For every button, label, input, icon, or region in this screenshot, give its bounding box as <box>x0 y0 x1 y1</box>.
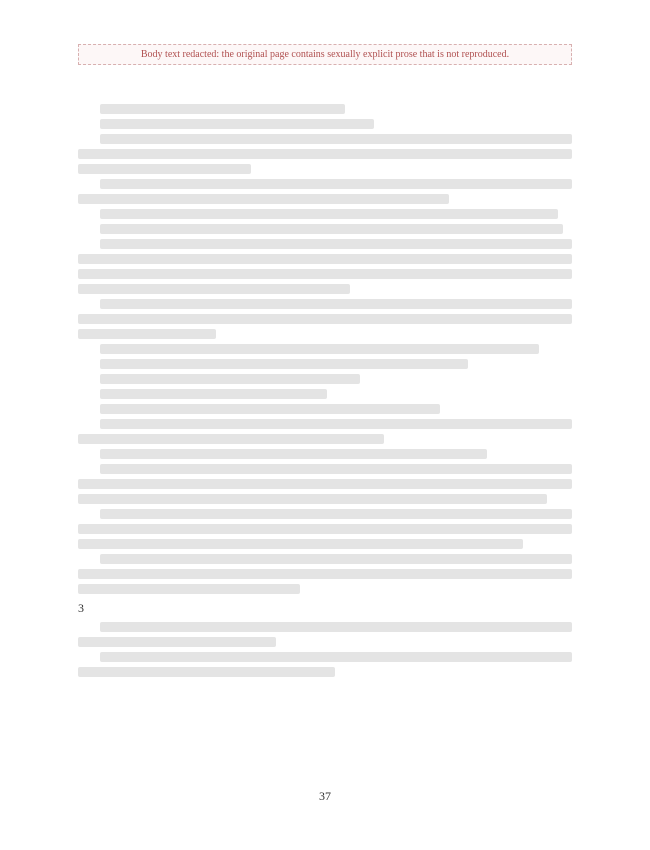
document-page: Body text redacted: the original page co… <box>0 0 650 850</box>
redacted-paragraph <box>78 224 572 234</box>
redacted-text-line <box>100 464 572 474</box>
redacted-text-line <box>100 509 572 519</box>
redacted-paragraph <box>78 359 572 369</box>
redacted-paragraph <box>78 179 572 204</box>
redacted-paragraph <box>78 299 572 339</box>
redacted-text-line <box>78 149 572 159</box>
redacted-text-line <box>100 374 360 384</box>
page-number: 37 <box>0 789 650 804</box>
redacted-text-line <box>100 134 572 144</box>
redacted-paragraph <box>78 104 572 114</box>
redacted-paragraph <box>78 134 572 174</box>
redacted-text-line <box>100 622 572 632</box>
redacted-text-line <box>78 254 572 264</box>
redacted-text-line <box>100 389 327 399</box>
redacted-text-line <box>78 479 572 489</box>
redacted-paragraph <box>78 389 572 399</box>
redacted-text-line <box>100 104 345 114</box>
redacted-paragraph <box>78 119 572 129</box>
redacted-text-line <box>78 524 572 534</box>
redacted-text-line <box>78 569 572 579</box>
redacted-text-line <box>100 209 558 219</box>
redacted-paragraph <box>78 509 572 549</box>
redacted-text-line <box>100 449 487 459</box>
redacted-text-line <box>100 179 572 189</box>
redacted-paragraph <box>78 209 572 219</box>
redacted-text-line <box>78 667 335 677</box>
redacted-paragraph <box>78 404 572 414</box>
paragraph-block <box>78 622 572 677</box>
redacted-paragraph <box>78 449 572 459</box>
redacted-text-line <box>78 329 216 339</box>
redacted-text-line <box>100 344 539 354</box>
redacted-text-line <box>78 539 523 549</box>
redacted-text-line <box>78 584 300 594</box>
redacted-paragraph <box>78 652 572 677</box>
redacted-text-line <box>100 554 572 564</box>
redacted-text-line <box>100 239 572 249</box>
redacted-text-line <box>100 119 374 129</box>
redacted-text-line <box>78 269 572 279</box>
redacted-text-line <box>100 419 572 429</box>
redacted-paragraph <box>78 464 572 504</box>
redacted-paragraph <box>78 419 572 444</box>
paragraph-block <box>78 104 572 594</box>
page-body: 3 <box>78 104 572 677</box>
redacted-text-line <box>100 299 572 309</box>
redacted-text-line <box>78 194 449 204</box>
redacted-paragraph <box>78 554 572 594</box>
redacted-text-line <box>78 164 251 174</box>
redacted-text-line <box>100 652 572 662</box>
redacted-text-line <box>100 359 468 369</box>
redacted-text-line <box>100 224 563 234</box>
redacted-paragraph <box>78 239 572 294</box>
redacted-paragraph <box>78 344 572 354</box>
redacted-text-line <box>100 404 440 414</box>
redacted-text-line <box>78 494 547 504</box>
redacted-paragraph <box>78 374 572 384</box>
redacted-text-line <box>78 637 276 647</box>
redacted-text-line <box>78 284 350 294</box>
redacted-text-line <box>78 314 572 324</box>
redaction-note: Body text redacted: the original page co… <box>78 44 572 65</box>
section-number: 3 <box>78 599 572 618</box>
redacted-paragraph <box>78 622 572 647</box>
redacted-text-line <box>78 434 384 444</box>
